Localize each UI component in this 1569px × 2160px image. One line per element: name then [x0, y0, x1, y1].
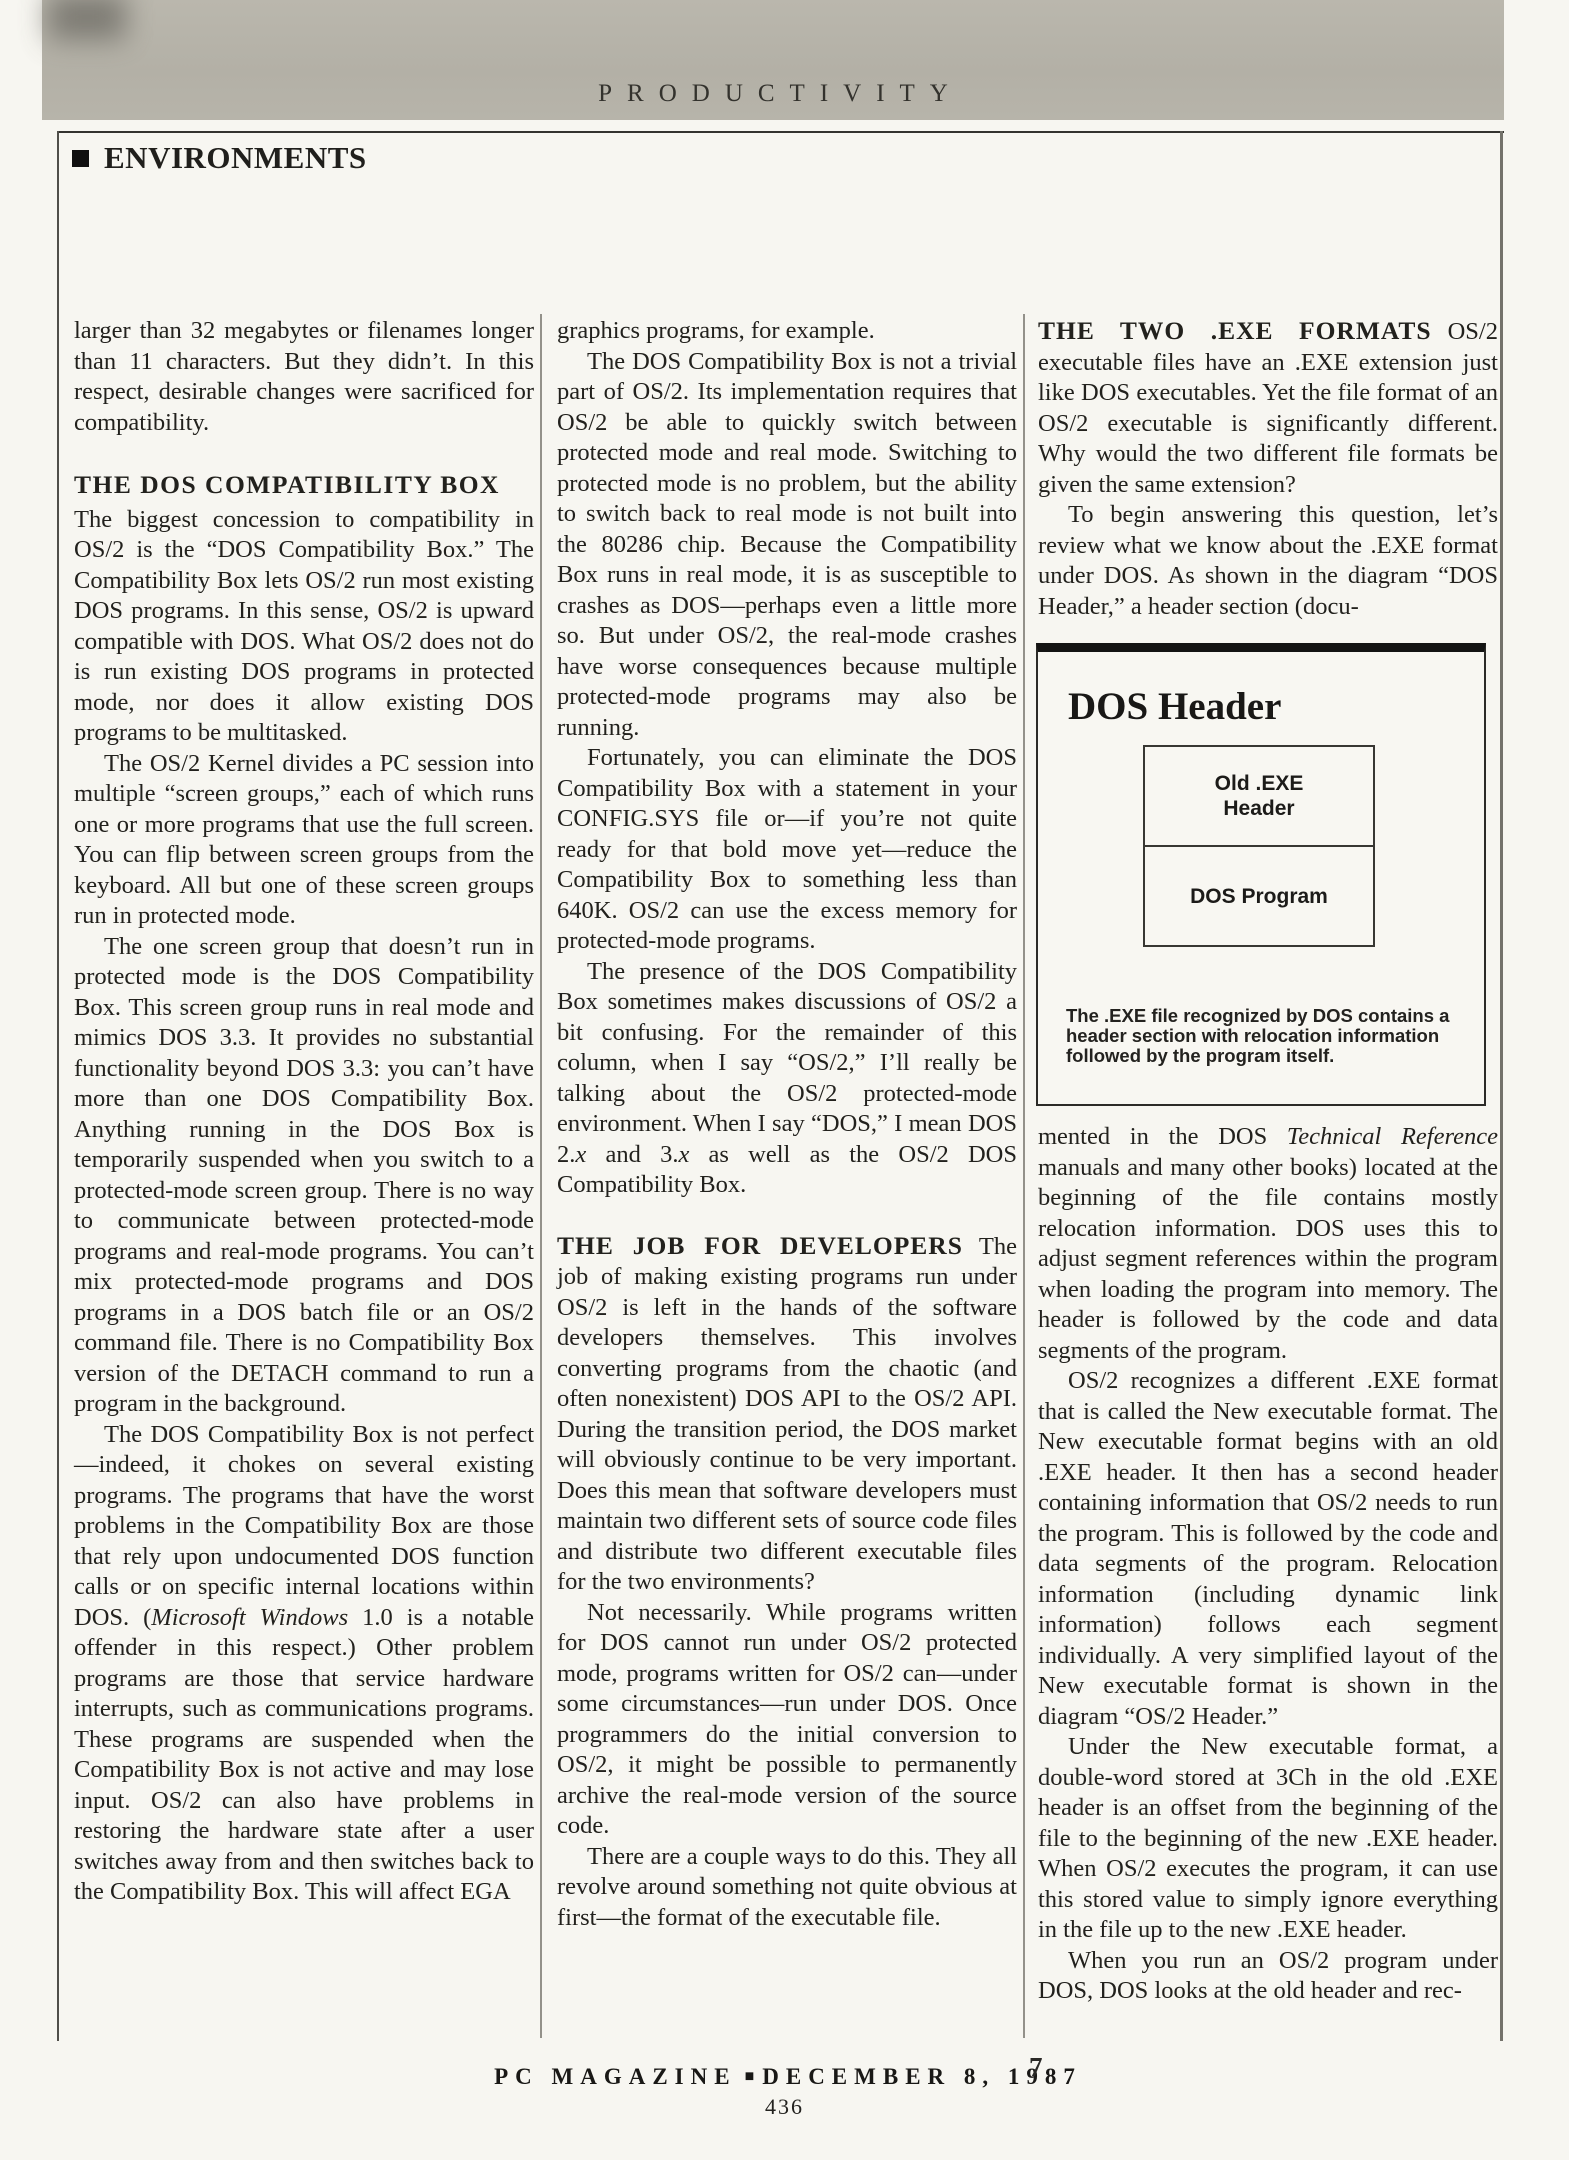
- paragraph: To begin answering this question, let’s …: [1038, 500, 1498, 622]
- column-divider-1: [540, 314, 542, 2038]
- paragraph: The DOS Compatibility Box is not perfect…: [74, 1420, 534, 1908]
- footer-magazine-name: PC MAGAZINE: [494, 2064, 736, 2089]
- paragraph: The biggest concession to compatibility …: [74, 505, 534, 749]
- stray-print-mark: 7: [1029, 2052, 1043, 2083]
- paragraph: The OS/2 Kernel divides a PC session int…: [74, 749, 534, 932]
- page-header-banner: PRODUCTIVITY: [42, 0, 1504, 120]
- section-header: ENVIRONMENTS: [72, 140, 367, 176]
- paragraph: When you run an OS/2 program under DOS, …: [1038, 1946, 1498, 2007]
- text-column-3-top: THE TWO .EXE FORMATSOS/2 executable file…: [1038, 316, 1498, 622]
- section-title: ENVIRONMENTS: [104, 140, 367, 176]
- paragraph: THE TWO .EXE FORMATSOS/2 executable file…: [1038, 316, 1498, 500]
- dos-program-label: DOS Program: [1190, 884, 1328, 909]
- paragraph: OS/2 recognizes a different .EXE format …: [1038, 1366, 1498, 1732]
- scan-smudge: [48, 0, 126, 40]
- runin-heading: THE JOB FOR DEVELOPERS: [557, 1231, 963, 1260]
- paragraph: Under the New executable format, a doubl…: [1038, 1732, 1498, 1946]
- kicker: PRODUCTIVITY: [42, 80, 1504, 108]
- old-exe-header-label-line2: Header: [1223, 796, 1294, 821]
- diagram-title: DOS Header: [1068, 684, 1281, 729]
- top-rule: [57, 131, 1504, 133]
- paragraph: graphics programs, for example.: [557, 316, 1017, 347]
- page-number: 436: [0, 2094, 1569, 2120]
- paragraph: mented in the DOS Technical Reference ma…: [1038, 1122, 1498, 1366]
- page-border-left: [57, 131, 59, 2041]
- dos-program-cell: DOS Program: [1145, 847, 1373, 945]
- dos-header-diagram: DOS Header Old .EXE Header DOS Program T…: [1036, 643, 1486, 1106]
- old-exe-header-label-line1: Old .EXE: [1215, 771, 1304, 796]
- column-divider-2: [1023, 314, 1025, 2038]
- diagram-caption: The .EXE file recognized by DOS contains…: [1066, 1006, 1458, 1065]
- text-column-3-bottom: mented in the DOS Technical Reference ma…: [1038, 1122, 1498, 2007]
- magazine-page: PRODUCTIVITY ENVIRONMENTS larger than 32…: [0, 0, 1569, 2160]
- paragraph: Fortunately, you can eliminate the DOS C…: [557, 743, 1017, 957]
- paragraph: Not necessarily. While programs written …: [557, 1598, 1017, 1842]
- section-heading: THE DOS COMPATIBILITY BOX: [74, 470, 534, 501]
- square-bullet-icon: [72, 150, 89, 167]
- text-column-1: larger than 32 megabytes or filenames lo…: [74, 316, 534, 1908]
- paragraph: There are a couple ways to do this. They…: [557, 1842, 1017, 1934]
- paragraph: larger than 32 megabytes or filenames lo…: [74, 316, 534, 438]
- text-column-2: graphics programs, for example.The DOS C…: [557, 316, 1017, 1933]
- exe-file-box: Old .EXE Header DOS Program: [1143, 745, 1375, 947]
- runin-heading: THE TWO .EXE FORMATS: [1038, 316, 1432, 345]
- page-border-right: [1500, 131, 1503, 2041]
- paragraph: THE JOB FOR DEVELOPERSThe job of making …: [557, 1231, 1017, 1598]
- paragraph: The presence of the DOS Compatibility Bo…: [557, 957, 1017, 1201]
- footer-square-bullet-icon: ■: [737, 2068, 763, 2085]
- page-footer: PC MAGAZINE■DECEMBER 8, 1987: [0, 2064, 1569, 2090]
- paragraph: The DOS Compatibility Box is not a trivi…: [557, 347, 1017, 744]
- paragraph: The one screen group that doesn’t run in…: [74, 932, 534, 1420]
- old-exe-header-cell: Old .EXE Header: [1145, 747, 1373, 847]
